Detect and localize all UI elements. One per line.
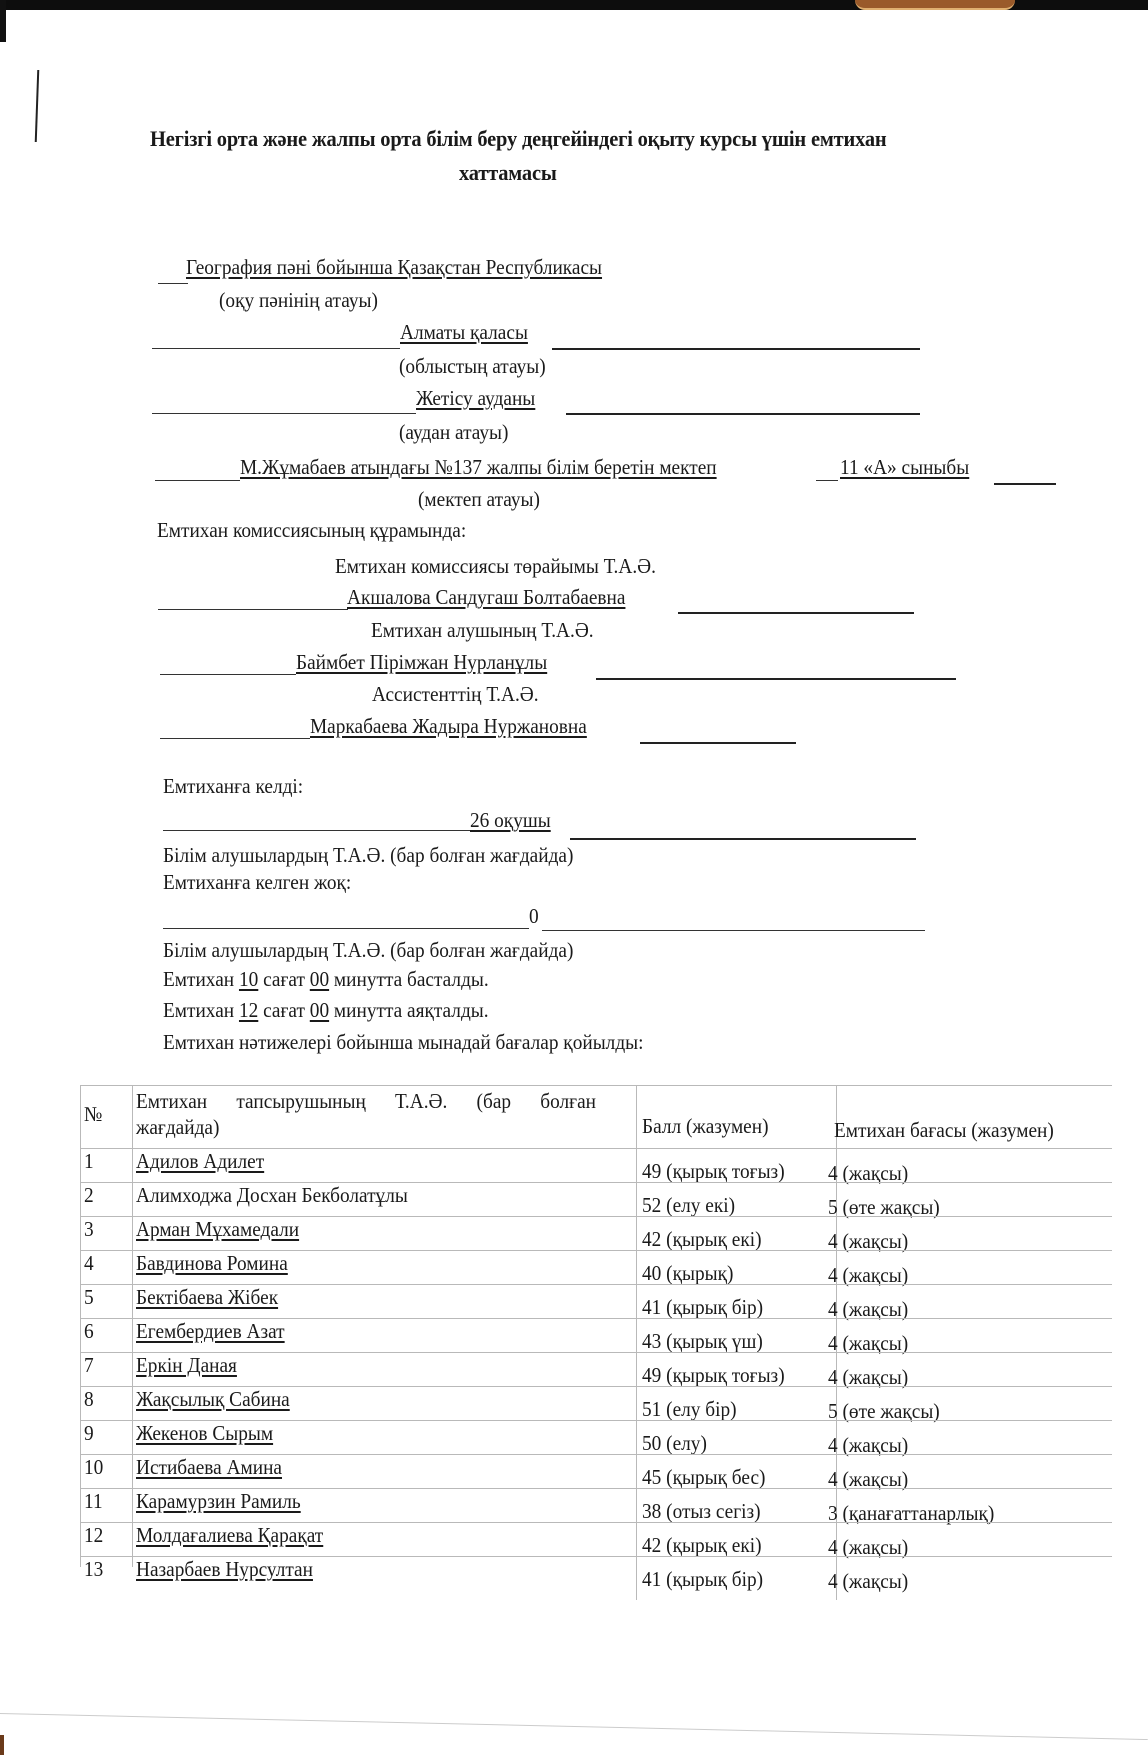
student-name: Карамурзин Рамиль	[136, 1489, 301, 1514]
student-name: Молдағалиева Қарақат	[136, 1523, 323, 1548]
table-row: 13Назарбаев Нурсултан41 (қырық бір)4 (жа…	[80, 1556, 1112, 1590]
score-cell: 50 (елу)	[642, 1431, 707, 1456]
score-cell: 41 (қырық бір)	[642, 1567, 763, 1592]
absent-label: Емтиханға келген жоқ:	[163, 870, 351, 895]
table-row: 7Еркін Даная49 (қырық тоғыз)4 (жақсы)	[80, 1352, 1112, 1386]
absent-count: 0	[529, 904, 539, 929]
header-name-line2: жағдайда)	[136, 1115, 219, 1139]
score-cell: 49 (қырық тоғыз)	[642, 1159, 785, 1184]
score-cell: 40 (қырық)	[642, 1261, 733, 1286]
district-rule-right	[566, 413, 920, 415]
start-suffix: минутта басталды.	[334, 967, 489, 991]
table-row: 2Алимходжа Досхан Бекболатұлы52 (елу екі…	[80, 1182, 1112, 1216]
exam-start-time: Емтихан 10 сағат 00 минутта басталды.	[163, 967, 489, 992]
chairman-rule-left	[158, 609, 348, 610]
absent-fio-label: Білім алушылардың Т.А.Ә. (бар болған жағ…	[163, 938, 573, 963]
start-minute: 00	[310, 967, 329, 991]
attended-count: 26 оқушы	[470, 808, 551, 833]
table-header-row: № Емтихан тапсырушының Т.А.Ә. (бар болға…	[80, 1085, 1112, 1148]
table-row: 10Истибаева Амина45 (қырық бес)4 (жақсы)	[80, 1454, 1112, 1488]
start-prefix: Емтихан	[163, 967, 234, 991]
row-number: 8	[84, 1387, 94, 1412]
end-hour: 12	[239, 998, 258, 1022]
row-number: 12	[84, 1523, 103, 1548]
examiner-rule-left	[160, 674, 296, 675]
score-cell: 52 (елу екі)	[642, 1193, 735, 1218]
examiner-name: Баймбет Пірімжан Нурланұлы	[296, 650, 547, 675]
results-table: № Емтихан тапсырушының Т.А.Ә. (бар болға…	[80, 1085, 1112, 1590]
region-name: Алматы қаласы	[400, 320, 528, 345]
student-name: Адилов Адилет	[136, 1149, 264, 1174]
score-cell: 38 (отыз сегіз)	[642, 1499, 761, 1524]
assistant-rule-right	[640, 742, 796, 744]
score-cell: 41 (қырық бір)	[642, 1295, 763, 1320]
row-number: 10	[84, 1455, 103, 1480]
subject-rule	[158, 283, 188, 284]
row-number: 2	[84, 1183, 94, 1208]
chairman-rule-right	[678, 612, 914, 614]
attended-label: Емтиханға келді:	[163, 774, 303, 799]
district-name: Жетісу ауданы	[416, 386, 535, 411]
subject-name: География пәні бойынша Қазақстан Республ…	[186, 255, 602, 280]
class-name: 11 «А» сыныбы	[840, 455, 969, 480]
student-name: Арман Мұхамедали	[136, 1217, 299, 1242]
score-cell: 43 (қырық үш)	[642, 1329, 763, 1354]
document-title-line2: хаттамасы	[459, 160, 557, 186]
examiner-label: Емтихан алушының Т.А.Ә.	[371, 618, 594, 643]
school-name: М.Жұмабаев атындағы №137 жалпы білім бер…	[240, 455, 717, 480]
table-row: 8Жақсылық Сабина51 (елу бір)5 (өте жақсы…	[80, 1386, 1112, 1420]
subject-label: (оқу пәнінің атауы)	[219, 288, 378, 313]
attended-rule-right	[570, 838, 916, 840]
student-name: Алимходжа Досхан Бекболатұлы	[136, 1183, 408, 1208]
student-name: Еркін Даная	[136, 1353, 237, 1378]
table-row: 3Арман Мұхамедали42 (қырық екі)4 (жақсы)	[80, 1216, 1112, 1250]
row-number: 5	[84, 1285, 94, 1310]
region-rule-left	[152, 348, 400, 349]
score-cell: 42 (қырық екі)	[642, 1227, 762, 1252]
header-grade: Емтихан бағасы (жазумен)	[834, 1118, 1054, 1143]
chairman-label: Емтихан комиссиясы төрайымы Т.А.Ә.	[335, 554, 656, 579]
header-score: Балл (жазумен)	[642, 1114, 769, 1139]
table-row: 11Карамурзин Рамиль38 (отыз сегіз)3 (қан…	[80, 1488, 1112, 1522]
document-title-line1: Негізгі орта және жалпы орта білім беру …	[150, 126, 886, 152]
end-minute: 00	[310, 998, 329, 1022]
header-name-line1: Емтихан тапсырушының Т.А.Ә. (бар болған	[136, 1088, 596, 1114]
table-row: 12Молдағалиева Қарақат42 (қырық екі)4 (ж…	[80, 1522, 1112, 1556]
row-number: 3	[84, 1217, 94, 1242]
region-label: (облыстың атауы)	[399, 354, 546, 379]
school-rule-left	[155, 480, 240, 481]
table-row: 6Егембердиев Азат43 (қырық үш)4 (жақсы)	[80, 1318, 1112, 1352]
student-name: Назарбаев Нурсултан	[136, 1557, 313, 1582]
examiner-rule-right	[596, 678, 956, 680]
row-number: 13	[84, 1557, 103, 1582]
student-name: Бектібаева Жібек	[136, 1285, 278, 1310]
student-name: Бавдинова Ромина	[136, 1251, 288, 1276]
district-label: (аудан атауы)	[399, 420, 508, 445]
row-number: 1	[84, 1149, 94, 1174]
score-cell: 42 (қырық екі)	[642, 1533, 762, 1558]
absent-rule-right	[542, 930, 925, 931]
student-name: Егембердиев Азат	[136, 1319, 285, 1344]
photo-background-object	[855, 0, 1015, 10]
page-fold-line	[0, 1713, 1148, 1740]
assistant-rule-left	[160, 738, 310, 739]
score-cell: 45 (қырық бес)	[642, 1465, 765, 1490]
row-number: 6	[84, 1319, 94, 1344]
end-prefix: Емтихан	[163, 998, 234, 1022]
table-row: 4Бавдинова Ромина40 (қырық)4 (жақсы)	[80, 1250, 1112, 1284]
row-number: 4	[84, 1251, 94, 1276]
score-cell: 49 (қырық тоғыз)	[642, 1363, 785, 1388]
end-mid: сағат	[263, 998, 305, 1022]
assistant-name: Маркабаева Жадыра Нуржановна	[310, 714, 587, 739]
photo-bottom-edge	[0, 1735, 4, 1755]
student-name: Жақсылық Сабина	[136, 1387, 290, 1412]
school-rule-mid	[816, 480, 838, 481]
assistant-label: Ассистенттің Т.А.Ә.	[372, 682, 539, 707]
row-number: 11	[84, 1489, 103, 1514]
school-rule-right	[994, 483, 1056, 485]
table-row: 1Адилов Адилет49 (қырық тоғыз)4 (жақсы)	[80, 1148, 1112, 1182]
row-number: 9	[84, 1421, 94, 1446]
header-number: №	[84, 1102, 102, 1127]
absent-rule-left	[163, 928, 529, 929]
end-suffix: минутта аяқталды.	[334, 998, 489, 1022]
table-row: 5Бектібаева Жібек41 (қырық бір)4 (жақсы)	[80, 1284, 1112, 1318]
attended-fio-label: Білім алушылардың Т.А.Ә. (бар болған жағ…	[163, 843, 573, 868]
start-mid: сағат	[263, 967, 305, 991]
score-cell: 51 (елу бір)	[642, 1397, 737, 1422]
school-label: (мектеп атауы)	[418, 487, 540, 512]
commission-heading: Емтихан комиссиясының құрамында:	[157, 518, 466, 543]
row-number: 7	[84, 1353, 94, 1378]
margin-pen-mark	[35, 70, 40, 142]
chairman-name: Акшалова Сандугаш Болтабаевна	[347, 585, 625, 610]
attended-rule-left	[163, 830, 471, 831]
student-name: Истибаева Амина	[136, 1455, 282, 1480]
results-label: Емтихан нәтижелері бойынша мынадай бағал…	[163, 1030, 643, 1055]
table-row: 9Жекенов Сырым50 (елу)4 (жақсы)	[80, 1420, 1112, 1454]
photo-left-edge	[0, 0, 6, 42]
start-hour: 10	[239, 967, 258, 991]
region-rule-right	[552, 348, 920, 350]
header-student-name: Емтихан тапсырушының Т.А.Ә. (бар болған …	[136, 1088, 596, 1140]
student-name: Жекенов Сырым	[136, 1421, 273, 1446]
district-rule-left	[152, 413, 416, 414]
exam-end-time: Емтихан 12 сағат 00 минутта аяқталды.	[163, 998, 489, 1023]
grade-cell: 4 (жақсы)	[828, 1569, 908, 1594]
